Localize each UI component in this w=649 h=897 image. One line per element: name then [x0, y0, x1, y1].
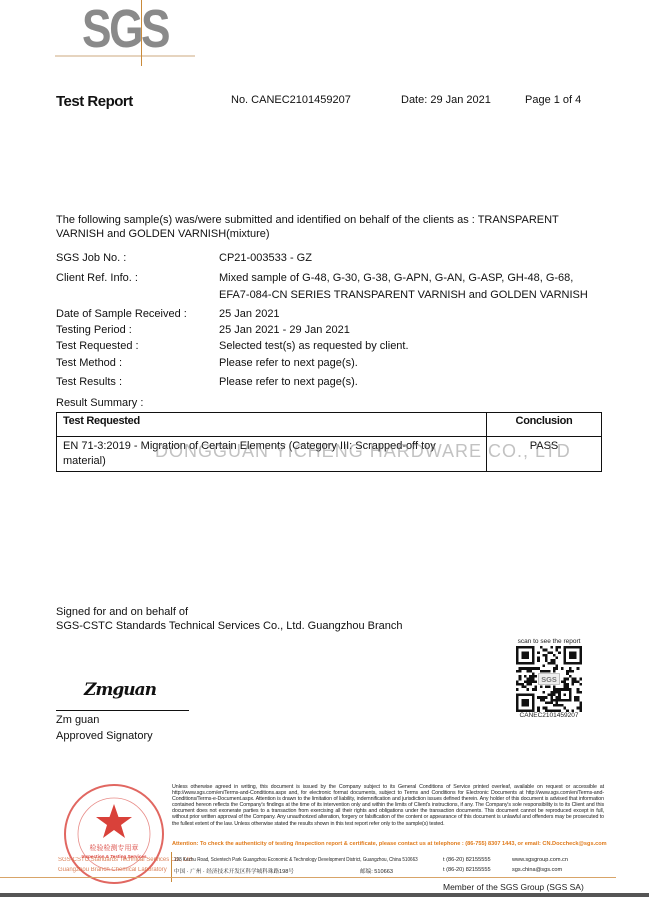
address-chinese: 中国 · 广州 · 经济技术开发区科学城科珠路198号 — [174, 867, 294, 875]
test-method-label: Test Method : — [56, 356, 122, 370]
date-received-value: 25 Jan 2021 — [219, 307, 280, 321]
column-header-conclusion: Conclusion — [487, 413, 602, 437]
signatory-name: Zm guan — [56, 713, 99, 727]
table-row: EN 71-3:2019 - Migration of Certain Elem… — [57, 437, 602, 472]
signature-line — [56, 710, 189, 711]
qr-code-icon[interactable]: SGS — [516, 646, 582, 712]
svg-text:SGS: SGS — [541, 675, 557, 684]
qr-report-code: CANEC2101459207 — [509, 712, 589, 719]
testing-period-label: Testing Period : — [56, 323, 132, 337]
sgs-logo-text: SGS — [82, 0, 168, 60]
qr-caption: scan to see the report — [509, 638, 589, 645]
phone-2: t (86-20) 82155555 — [443, 867, 491, 873]
conclusion-cell: PASS — [487, 437, 602, 472]
email-link[interactable]: sgs.china@sgs.com — [512, 867, 562, 873]
sgs-logo: SGS — [55, 0, 195, 66]
address-english: 198 Kezhu Road, Scientech Park Guangzhou… — [174, 857, 418, 863]
qr-block: scan to see the report SGS CANEC21014592… — [509, 638, 589, 719]
logo-divider — [141, 0, 142, 66]
job-no-value: CP21-003533 - GZ — [219, 251, 312, 265]
test-requested-label: Test Requested : — [56, 339, 139, 353]
bottom-bar — [0, 893, 649, 897]
signatory-title: Approved Signatory — [56, 729, 153, 743]
client-ref-label: Client Ref. Info. : — [56, 271, 138, 285]
svg-text:检验检测专用章: 检验检测专用章 — [90, 843, 139, 852]
stamp-side-text-2: Guangzhou Branch Chemical Laboratory — [58, 867, 167, 873]
member-of-sgs: Member of the SGS Group (SGS SA) — [443, 882, 584, 892]
report-date: Date: 29 Jan 2021 — [401, 94, 491, 106]
column-header-test: Test Requested — [57, 413, 487, 437]
test-results-value: Please refer to next page(s). — [219, 375, 358, 389]
result-summary-table: Test Requested Conclusion EN 71-3:2019 -… — [56, 412, 602, 472]
page-indicator: Page 1 of 4 — [525, 94, 581, 106]
website-link[interactable]: www.sgsgroup.com.cn — [512, 857, 568, 863]
client-ref-value: Mixed sample of G-48, G-30, G-38, G-APN,… — [219, 271, 573, 285]
handwritten-signature: Zmguan — [84, 680, 156, 700]
phone-1: t (86-20) 82155555 — [443, 857, 491, 863]
signing-company: SGS-CSTC Standards Technical Services Co… — [56, 619, 402, 633]
test-method-value: Please refer to next page(s). — [219, 356, 358, 370]
footer-divider — [0, 877, 616, 878]
postcode-chinese: 邮编: 510663 — [360, 867, 393, 875]
test-cell: EN 71-3:2019 - Migration of Certain Elem… — [57, 437, 487, 472]
testing-period-value: 25 Jan 2021 - 29 Jan 2021 — [219, 323, 350, 337]
date-received-label: Date of Sample Received : — [56, 307, 187, 321]
job-no-label: SGS Job No. : — [56, 251, 126, 265]
authenticity-notice: Attention: To check the authenticity of … — [172, 841, 612, 847]
signed-for-text: Signed for and on behalf of — [56, 605, 188, 619]
report-title: Test Report — [56, 93, 133, 110]
legal-disclaimer: Unless otherwise agreed in writing, this… — [172, 784, 604, 827]
client-ref-value-line2: EFA7-084-CN SERIES TRANSPARENT VARNISH a… — [219, 288, 588, 302]
report-number: No. CANEC2101459207 — [231, 94, 351, 106]
test-requested-value: Selected test(s) as requested by client. — [219, 339, 409, 353]
test-results-label: Test Results : — [56, 375, 122, 389]
intro-paragraph: The following sample(s) was/were submitt… — [56, 213, 596, 241]
table-header-row: Test Requested Conclusion — [57, 413, 602, 437]
logo-underline — [55, 55, 195, 57]
result-summary-label: Result Summary : — [56, 396, 143, 410]
